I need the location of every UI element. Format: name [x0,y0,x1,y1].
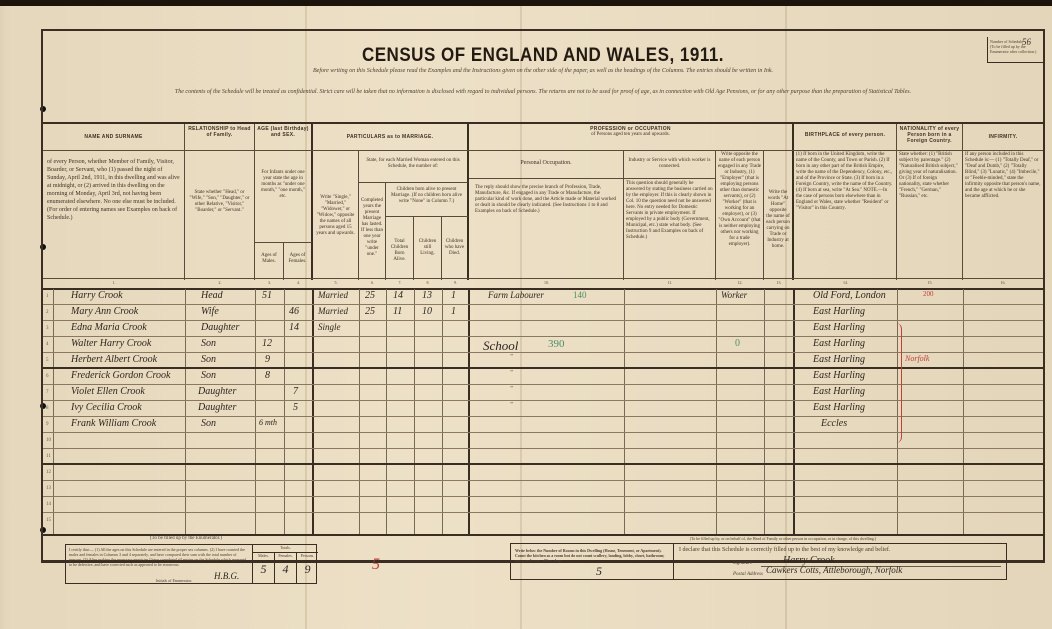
column-headers: NAME AND SURNAME of every Person, whethe… [43,122,1043,280]
children-died: 1 [451,306,456,317]
col-children-living: Children still Living. [414,216,442,280]
employment-status: Worker [721,290,747,300]
person-relationship: Son [201,418,216,429]
person-name: Violet Ellen Crook [71,386,145,397]
table-row: 10 [43,433,1043,449]
instruction-confidential: The contents of the Schedule will be tre… [53,89,1033,95]
col-children-died: Children who have Died. [442,216,469,280]
col-employer-status: Write opposite the name of each person e… [716,150,764,280]
ditto-mark: " [510,370,513,376]
marital-condition: Single [318,322,341,332]
ditto-mark: " [510,402,513,408]
person-name: Herbert Albert Crook [71,354,157,365]
age-female: 5 [293,402,298,413]
col-occupation-header: PROFESSION or OCCUPATIONof Persons aged … [469,124,794,150]
schedule-number-note: (To be filled up by the Enumerator after… [990,44,1041,54]
birthplace: East Harling [813,322,865,333]
red-mark: 5 [372,556,380,574]
birthplace-code: 200 [923,290,934,298]
col-years-married: Completed years the present Marriage has… [359,182,386,280]
rooms-instruction: Write below the Number of Rooms in this … [515,548,665,563]
col-marriage-condition: Write "Single," "Married," "Widower," or… [313,150,359,280]
person-name: Walter Harry Crook [71,338,151,349]
enumerator-section-title: (To be filled up by the Enumerator.) [150,536,222,541]
enumerator-certify-box: I certify that:— (1) All the ages on thi… [65,544,317,584]
employment-status: 0 [735,338,740,349]
age-female: 46 [289,306,299,317]
age-female: 7 [293,386,298,397]
table-row: 4 Walter Harry Crook Son 12 School 390 0… [43,337,1043,353]
col-industry-desc: This question should generally be answer… [624,178,716,280]
occupation: Farm Labourer [488,290,544,300]
table-row: 3 Edna Maria Crook Daughter 14 Single Ea… [43,321,1043,337]
table-row: 7 Violet Ellen Crook Daughter 7 " East H… [43,385,1043,401]
postal-address: Cawkers Cotts, Attleborough, Norfolk [766,565,902,575]
birthplace: Eccles [821,418,847,429]
age-male: 12 [262,338,272,349]
table-row: 12 [43,465,1043,481]
birthplace: East Harling [813,386,865,397]
col-industry: Industry or Service with which worker is… [624,150,716,178]
children-total: 14 [393,290,403,301]
head-declaration-box: Write below the Number of Rooms in this … [510,543,1007,580]
totals-table: Totals. Males. Females. Persons. 5 4 9 [252,545,318,583]
person-name: Edna Maria Crook [71,322,147,333]
person-relationship: Daughter [198,402,236,413]
table-row: 11 [43,449,1043,465]
col-nationality-desc: State whether: (1) "British subject by p… [897,150,963,280]
birthplace: East Harling [813,306,865,317]
col-birthplace-desc: (1) If born in the United Kingdom, write… [794,150,897,280]
schedule-number-value: 56 [1022,37,1031,47]
birthplace: Old Ford, London [813,290,886,301]
col-age-header: AGE (last Birthday) and SEX. [255,124,313,150]
signature-label: Signature [733,561,752,566]
birthplace: East Harling [813,402,865,413]
person-rows: 1 Harry Crook Head 51 Married 25 14 13 1… [43,289,1043,536]
instruction-ink: Before writing on this Schedule please r… [153,68,933,74]
table-row: 9 Frank William Crook Son 6 mth Eccles [43,417,1043,433]
col-working-home: Write the words "At Home" opposite the n… [764,150,794,280]
ditto-mark: " [510,354,513,360]
children-living: 13 [422,290,432,301]
enumerator-initials: H.B.G. [214,571,239,581]
col-relationship-header: RELATIONSHIP to Head of Family. [185,124,255,150]
person-relationship: Daughter [201,322,239,333]
person-relationship: Daughter [198,386,236,397]
ditto-mark: " [510,386,513,392]
document-title: CENSUS OF ENGLAND AND WALES, 1911. [43,44,1043,67]
person-relationship: Wife [201,306,219,317]
col-personal-occupation-desc: The reply should show the precise branch… [469,178,624,280]
person-relationship: Son [201,370,216,381]
col-children-header: Children born alive to present Marriage.… [386,182,469,216]
table-row: 1 Harry Crook Head 51 Married 25 14 13 1… [43,289,1043,305]
total-males: 5 [253,562,275,583]
col-marriage-header: PARTICULARS as to MARRIAGE. [313,124,469,150]
person-name: Harry Crook [71,290,123,301]
children-living: 10 [422,306,432,317]
table-row: 13 [43,481,1043,497]
person-relationship: Head [201,290,223,301]
head-section-title: (To be filled up by, or on behalf of, th… [548,536,1018,541]
col-infirmity-desc: If any person included in this Schedule … [963,150,1043,280]
postal-address-label: Postal Address [733,572,763,577]
children-died: 1 [451,290,456,301]
table-row: 6 Frederick Gordon Crook Son 8 " East Ha… [43,369,1043,385]
table-row: 14 [43,497,1043,513]
schedule-number-box: Number of Schedule 56 (To be filled up b… [987,37,1043,63]
person-name: Frederick Gordon Crook [71,370,170,381]
birthplace: East Harling [813,338,865,349]
age-male: 6 mth [259,418,277,427]
table-row: 2 Mary Ann Crook Wife 46 Married 25 11 1… [43,305,1043,321]
col-birthplace-header: BIRTHPLACE of every person. [794,124,897,150]
col-infirmity-header: INFIRMITY. [963,124,1043,150]
table-row: 8 Ivy Cecilia Crook Daughter 5 " East Ha… [43,401,1043,417]
col-age-desc: For Infants under one year state the age… [255,150,313,242]
col-personal-occupation: Personal Occupation. [469,150,624,178]
col-name-desc: of every Person, whether Member of Famil… [43,150,185,280]
table-row: 5 Herbert Albert Crook Son 9 " East Harl… [43,353,1043,369]
years-married: 25 [365,290,375,301]
total-persons: 9 [297,562,318,583]
census-schedule-page: CENSUS OF ENGLAND AND WALES, 1911. Befor… [0,6,1052,629]
person-relationship: Son [201,354,216,365]
col-married-woman: State, for each Married Woman entered on… [359,150,469,182]
col-age-females: Ages of Females. [284,242,313,280]
occupation: School [483,338,518,354]
birthplace: East Harling [813,354,865,365]
marital-condition: Married [318,290,348,300]
marital-condition: Married [318,306,348,316]
person-name: Mary Ann Crook [71,306,138,317]
col-age-males: Ages of Males. [255,242,284,280]
col-nationality-header: NATIONALITY of every Person born in a Fo… [897,124,963,150]
col-children-total: Total Children Born Alive. [386,216,414,280]
person-relationship: Son [201,338,216,349]
occupation-code: 390 [548,338,565,350]
birthplace: East Harling [813,370,865,381]
county-annotation: Norfolk [905,354,929,363]
declaration-text: I declare that this Schedule is correctl… [679,547,890,553]
rooms-count: 5 [596,564,602,579]
occupation-code: 140 [573,290,587,300]
age-male: 8 [265,370,270,381]
age-female: 14 [289,322,299,333]
col-relationship-desc: State whether "Head," or "Wife," "Son," … [185,150,255,280]
children-total: 11 [393,306,402,317]
person-name: Ivy Cecilia Crook [71,402,142,413]
age-male: 51 [262,290,272,301]
col-name-header: NAME AND SURNAME [43,124,185,150]
red-bracket [895,323,902,443]
person-name: Frank William Crook [71,418,156,429]
age-male: 9 [265,354,270,365]
years-married: 25 [365,306,375,317]
table-row: 15 [43,513,1043,536]
form-frame: CENSUS OF ENGLAND AND WALES, 1911. Befor… [41,29,1045,563]
total-females: 4 [275,562,297,583]
